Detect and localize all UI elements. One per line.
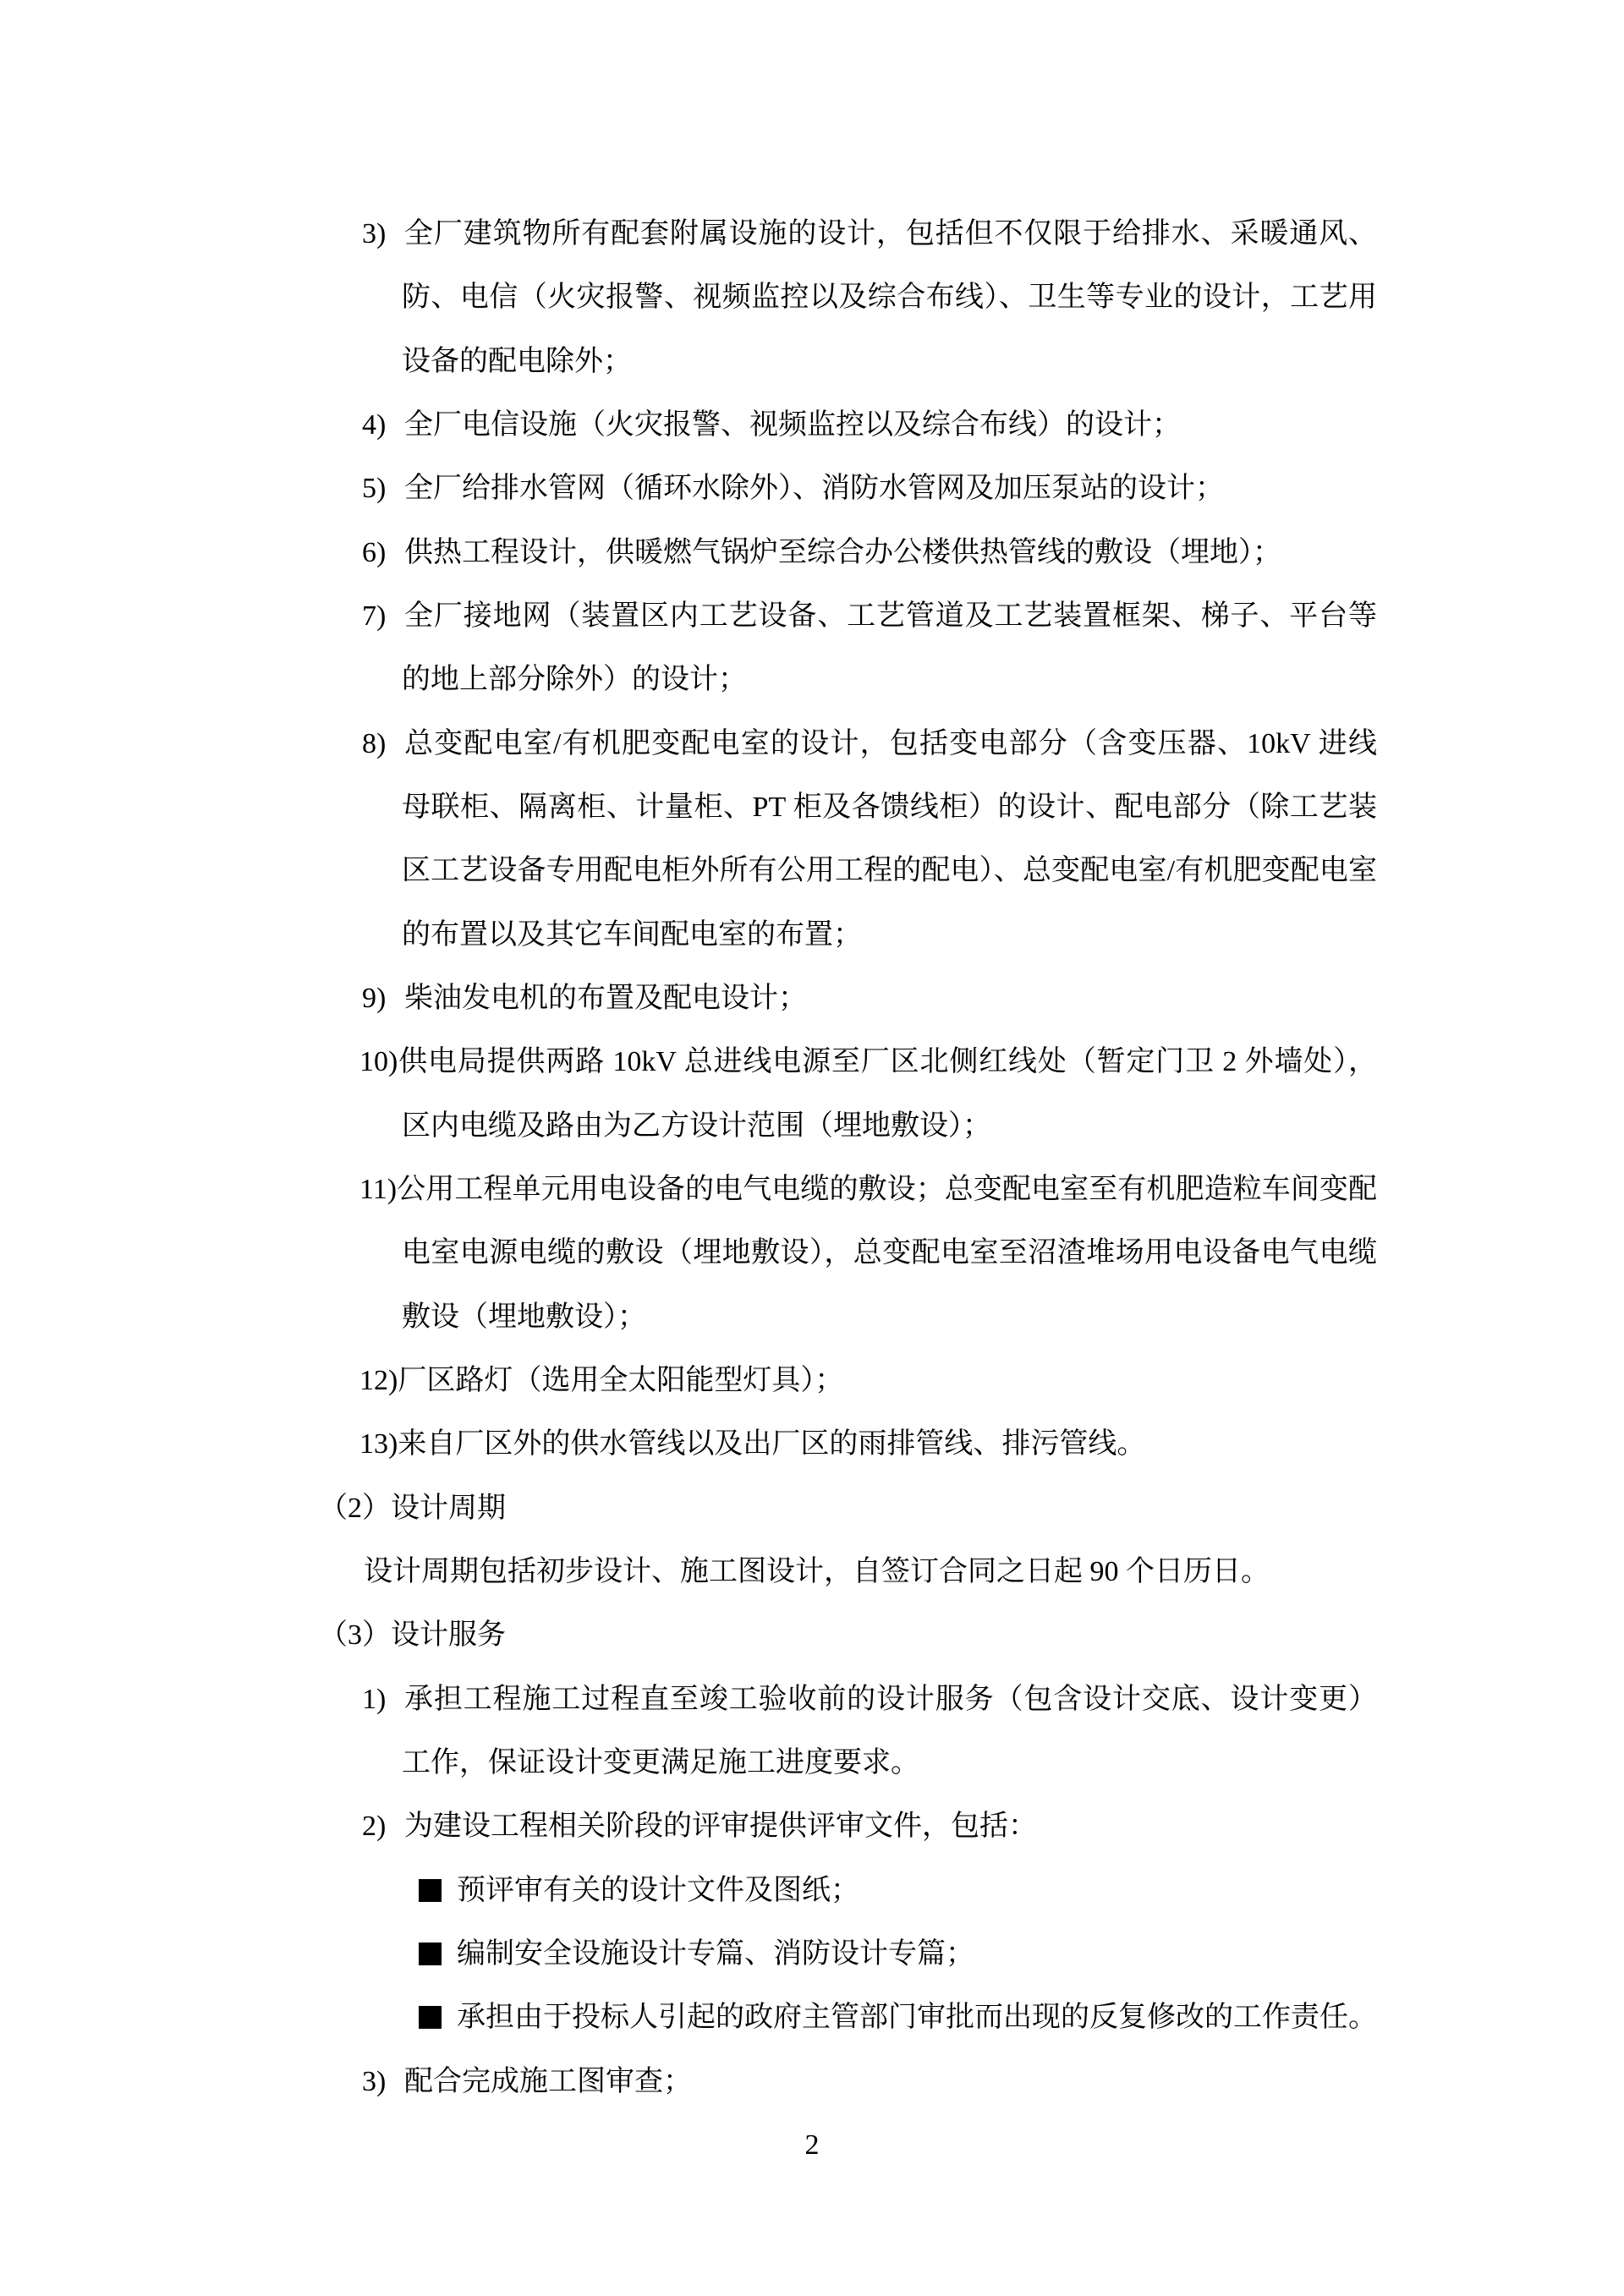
list-text-line: 敷设（埋地敷设）；: [0, 1285, 1624, 1349]
line-text: 为建设工程相关阶段的评审提供评审文件，包括：: [404, 1795, 1624, 1858]
list-text-line: 3)配合完成施工图审查；: [0, 2050, 1624, 2113]
list-text-line: 11)公用工程单元用电设备的电气电缆的敷设；总变配电室至有机肥造粒车间变配: [0, 1158, 1624, 1221]
line-text: 供热工程设计，供暖燃气锅炉至综合办公楼供热管线的敷设（埋地）；: [404, 521, 1624, 584]
line-text: 的布置以及其它车间配电室的布置；: [402, 903, 1624, 967]
line-text: 的地上部分除外）的设计；: [402, 648, 1624, 711]
line-text: 全厂给排水管网（循环水除外）、消防水管网及加压泵站的设计；: [404, 457, 1624, 520]
list-text-line: 2)为建设工程相关阶段的评审提供评审文件，包括：: [0, 1795, 1624, 1858]
bullet-item-line: 预评审有关的设计文件及图纸；: [0, 1859, 1624, 1922]
document-page: 3)全厂建筑物所有配套附属设施的设计，包括但不仅限于给排水、采暖通风、消防、电信…: [0, 0, 1624, 2296]
line-text: 11)公用工程单元用电设备的电气电缆的敷设；总变配电室至有机肥造粒车间变配: [359, 1158, 1377, 1221]
line-text: 全厂接地网（装置区内工艺设备、工艺管道及工艺装置框架、梯子、平台等接地: [404, 584, 1377, 648]
line-text: 区工艺设备专用配电柜外所有公用工程的配电）、总变配电室/有机肥变配电室: [402, 839, 1377, 902]
list-text-line: 电室电源电缆的敷设（埋地敷设），总变配电室至沼渣堆场用电设备电气电缆的: [0, 1221, 1624, 1285]
section-heading-line: （2）设计周期: [0, 1477, 1624, 1540]
page-number-row: 2: [0, 2113, 1624, 2177]
section-heading-line: （3）设计服务: [0, 1603, 1624, 1667]
line-text: 防、电信（火灾报警、视频监控以及综合布线）、卫生等专业的设计，工艺用电: [402, 266, 1377, 329]
list-text-line: 6)供热工程设计，供暖燃气锅炉至综合办公楼供热管线的敷设（埋地）；: [0, 521, 1624, 584]
line-text: 13)来自厂区外的供水管线以及出厂区的雨排管线、排污管线。: [359, 1412, 1624, 1476]
list-text-line: 区工艺设备专用配电柜外所有公用工程的配电）、总变配电室/有机肥变配电室: [0, 839, 1624, 902]
list-item-number: 7): [362, 584, 386, 648]
line-text: 全厂电信设施（火灾报警、视频监控以及综合布线）的设计；: [404, 393, 1624, 457]
line-text: 预评审有关的设计文件及图纸；: [457, 1859, 1624, 1922]
line-text: 编制安全设施设计专篇、消防设计专篇；: [457, 1922, 1624, 1986]
line-text: （3）设计服务: [319, 1603, 1624, 1667]
line-text: 区内电缆及路由为乙方设计范围（埋地敷设）；: [402, 1094, 1624, 1158]
list-text-line: 设计周期包括初步设计、施工图设计，自签订合同之日起 90 个日历日。: [0, 1540, 1624, 1603]
list-text-line: 10)供电局提供两路 10kV 总进线电源至厂区北侧红线处（暂定门卫 2 外墙处…: [0, 1030, 1624, 1093]
list-text-line: 母联柜、隔离柜、计量柜、PT 柜及各馈线柜）的设计、配电部分（除工艺装置: [0, 775, 1624, 839]
list-item-number: 1): [362, 1668, 386, 1731]
line-text: 全厂建筑物所有配套附属设施的设计，包括但不仅限于给排水、采暖通风、消: [404, 202, 1377, 266]
list-item-number: 2): [362, 1795, 386, 1858]
line-text: 电室电源电缆的敷设（埋地敷设），总变配电室至沼渣堆场用电设备电气电缆的: [402, 1221, 1377, 1285]
list-text-line: 7)全厂接地网（装置区内工艺设备、工艺管道及工艺装置框架、梯子、平台等接地: [0, 584, 1624, 648]
list-text-line: 4)全厂电信设施（火灾报警、视频监控以及综合布线）的设计；: [0, 393, 1624, 457]
list-text-line: 的地上部分除外）的设计；: [0, 648, 1624, 711]
line-text: 工作，保证设计变更满足施工进度要求。: [402, 1731, 1624, 1795]
list-item-number: 3): [362, 202, 386, 266]
list-text-line: 12)厂区路灯（选用全太阳能型灯具）；: [0, 1349, 1624, 1412]
line-text: 配合完成施工图审查；: [404, 2050, 1624, 2113]
line-text: 设备的配电除外；: [402, 330, 1624, 393]
black-square-bullet-icon: [419, 1943, 442, 1965]
list-item-number: 6): [362, 521, 386, 584]
list-text-line: 1)承担工程施工过程直至竣工验收前的设计服务（包含设计交底、设计变更）等: [0, 1668, 1624, 1731]
line-text: （2）设计周期: [319, 1477, 1624, 1540]
list-text-line: 的布置以及其它车间配电室的布置；: [0, 903, 1624, 967]
document-body: 3)全厂建筑物所有配套附属设施的设计，包括但不仅限于给排水、采暖通风、消防、电信…: [0, 202, 1624, 2113]
list-item-number: 3): [362, 2050, 386, 2113]
list-text-line: 防、电信（火灾报警、视频监控以及综合布线）、卫生等专业的设计，工艺用电: [0, 266, 1624, 329]
list-text-line: 设备的配电除外；: [0, 330, 1624, 393]
list-text-line: 13)来自厂区外的供水管线以及出厂区的雨排管线、排污管线。: [0, 1412, 1624, 1476]
list-item-number: 8): [362, 712, 386, 775]
list-text-line: 5)全厂给排水管网（循环水除外）、消防水管网及加压泵站的设计；: [0, 457, 1624, 520]
line-text: 柴油发电机的布置及配电设计；: [404, 967, 1624, 1030]
list-text-line: 工作，保证设计变更满足施工进度要求。: [0, 1731, 1624, 1795]
list-item-number: 5): [362, 457, 386, 520]
bullet-item-line: 承担由于投标人引起的政府主管部门审批而出现的反复修改的工作责任。: [0, 1986, 1624, 2049]
line-text: 10)供电局提供两路 10kV 总进线电源至厂区北侧红线处（暂定门卫 2 外墙处…: [359, 1030, 1377, 1093]
list-text-line: 区内电缆及路由为乙方设计范围（埋地敷设）；: [0, 1094, 1624, 1158]
line-text: 设计周期包括初步设计、施工图设计，自签订合同之日起 90 个日历日。: [364, 1540, 1624, 1603]
line-text: 承担由于投标人引起的政府主管部门审批而出现的反复修改的工作责任。: [457, 1986, 1624, 2049]
list-text-line: 8)总变配电室/有机肥变配电室的设计，包括变电部分（含变压器、10kV 进线柜、: [0, 712, 1624, 775]
bullet-item-line: 编制安全设施设计专篇、消防设计专篇；: [0, 1922, 1624, 1986]
line-text: 12)厂区路灯（选用全太阳能型灯具）；: [359, 1349, 1624, 1412]
black-square-bullet-icon: [419, 1879, 442, 1902]
line-text: 敷设（埋地敷设）；: [402, 1285, 1624, 1349]
list-item-number: 4): [362, 393, 386, 457]
list-item-number: 9): [362, 967, 386, 1030]
line-text: 承担工程施工过程直至竣工验收前的设计服务（包含设计交底、设计变更）等: [404, 1668, 1377, 1731]
line-text: 总变配电室/有机肥变配电室的设计，包括变电部分（含变压器、10kV 进线柜、: [404, 712, 1377, 775]
page-number: 2: [0, 2113, 1624, 2177]
black-square-bullet-icon: [419, 2006, 442, 2029]
list-text-line: 3)全厂建筑物所有配套附属设施的设计，包括但不仅限于给排水、采暖通风、消: [0, 202, 1624, 266]
line-text: 母联柜、隔离柜、计量柜、PT 柜及各馈线柜）的设计、配电部分（除工艺装置: [402, 775, 1377, 839]
list-text-line: 9)柴油发电机的布置及配电设计；: [0, 967, 1624, 1030]
